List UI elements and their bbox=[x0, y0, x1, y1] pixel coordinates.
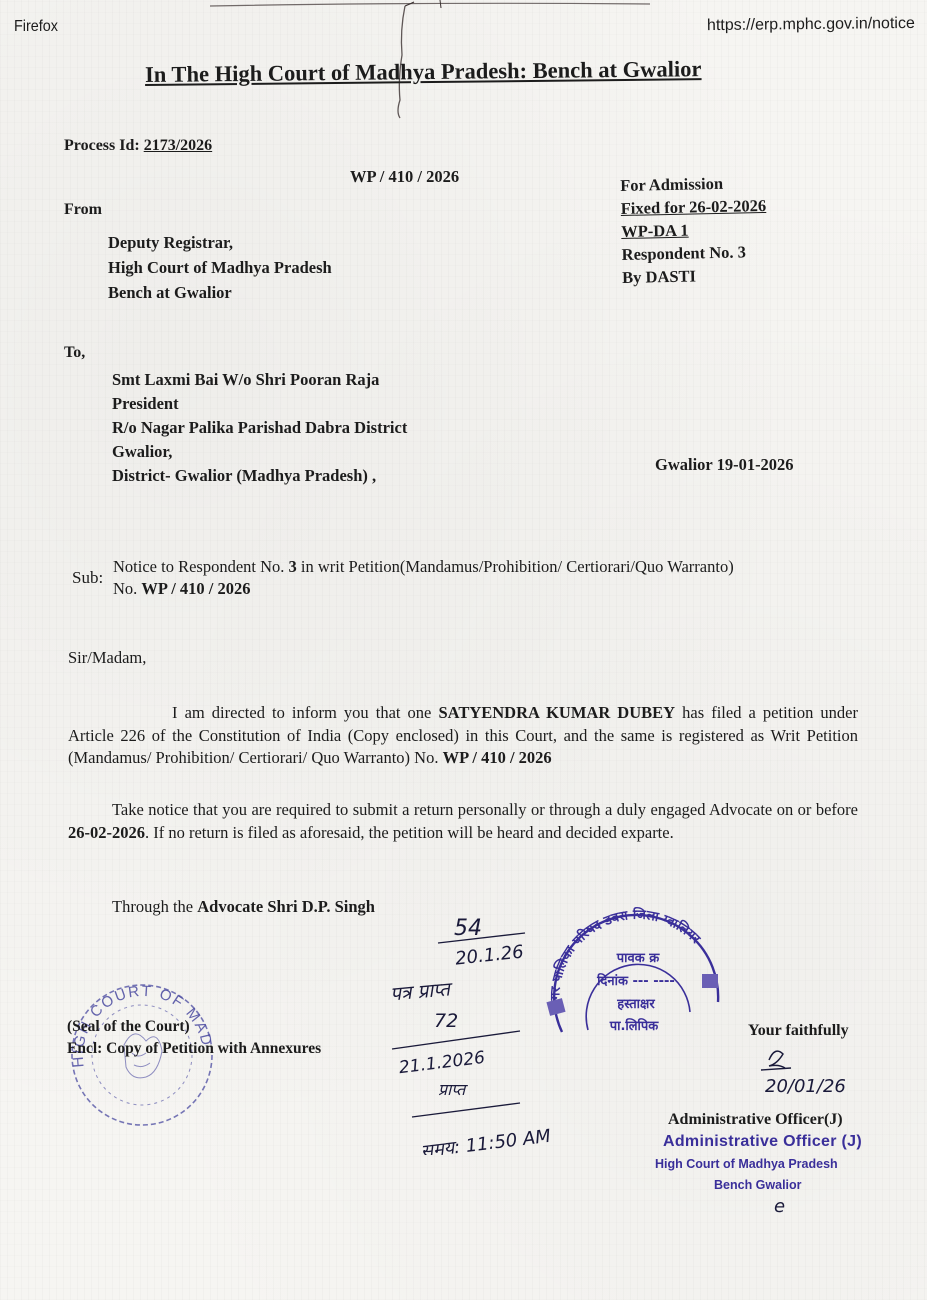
to-label: To, bbox=[64, 344, 85, 362]
recipient-address: Smt Laxmi Bai W/o Shri Pooran Raja Presi… bbox=[112, 368, 407, 488]
process-id-label: Process Id: bbox=[64, 137, 140, 154]
svg-text:21.1.2026: 21.1.2026 bbox=[398, 1048, 486, 1078]
seal-and-enclosure: (Seal of the Court) Encl: Copy of Petiti… bbox=[67, 1016, 321, 1060]
svg-text:प्राप्त: प्राप्त bbox=[438, 1080, 468, 1099]
through-advocate: Through the Advocate Shri D.P. Singh bbox=[112, 897, 375, 917]
subject-text: Notice to Respondent No. 3 in writ Petit… bbox=[113, 556, 734, 600]
listing-purpose: For Admission bbox=[620, 171, 766, 197]
recipient-line: R/o Nagar Palika Parishad Dabra District bbox=[112, 416, 407, 440]
svg-text:पत्र प्राप्त: पत्र प्राप्त bbox=[390, 978, 455, 1005]
listing-mode: By DASTI bbox=[622, 263, 768, 289]
paragraph-notice: Take notice that you are required to sub… bbox=[68, 799, 858, 844]
sender-address: Deputy Registrar, High Court of Madhya P… bbox=[108, 230, 332, 305]
subject-label: Sub: bbox=[72, 568, 103, 588]
svg-text:हस्ताक्षर: हस्ताक्षर bbox=[616, 997, 655, 1012]
recipient-line: District- Gwalior (Madhya Pradesh) , bbox=[112, 464, 407, 488]
process-id: Process Id: 2173/2026 bbox=[64, 137, 212, 155]
listing-section: WP-DA 1 bbox=[621, 217, 767, 243]
paragraph-text: . If no return is filed as aforesaid, th… bbox=[145, 823, 674, 842]
salutation: Sir/Madam, bbox=[68, 648, 146, 668]
receipt-stamp-icon: नगर पालिका परिषद डबरा जिला ग्वालियर पावक… bbox=[540, 892, 730, 1082]
recipient-line: Gwalior, bbox=[112, 440, 407, 464]
subject-text-part: No. bbox=[113, 579, 141, 598]
petitioner-name: SATYENDRA KUMAR DUBEY bbox=[438, 703, 675, 722]
case-number: WP / 410 / 2026 bbox=[350, 167, 459, 187]
seal-label: (Seal of the Court) bbox=[67, 1016, 321, 1038]
svg-text:72: 72 bbox=[434, 1010, 458, 1032]
svg-text:पा.लिपिक: पा.लिपिक bbox=[609, 1018, 660, 1034]
process-id-value: 2173/2026 bbox=[144, 137, 212, 154]
officer-stamp-line: Bench Gwalior bbox=[714, 1178, 802, 1192]
return-deadline: 26-02-2026 bbox=[68, 823, 145, 842]
paragraph-text: I am directed to inform you that one bbox=[172, 703, 438, 722]
svg-text:पावक क्र: पावक क्र bbox=[616, 951, 660, 966]
recipient-line: President bbox=[112, 392, 407, 416]
svg-text:20.1.26: 20.1.26 bbox=[454, 941, 525, 969]
through-text: Through the bbox=[112, 897, 197, 916]
from-label: From bbox=[64, 201, 102, 219]
signatory-title: Administrative Officer(J) bbox=[668, 1111, 843, 1129]
paragraph-text: Take notice that you are required to sub… bbox=[112, 800, 858, 819]
subject-case-number: WP / 410 / 2026 bbox=[141, 579, 250, 598]
signature-icon: 20/01/26 bbox=[755, 1040, 875, 1100]
listing-respondent: Respondent No. 3 bbox=[621, 240, 767, 266]
svg-text:दिनांक --- ----: दिनांक --- ---- bbox=[596, 973, 675, 989]
handwritten-initial: e bbox=[774, 1196, 785, 1217]
listing-fixed-date: Fixed for 26-02-2026 bbox=[620, 194, 766, 220]
closing: Your faithfully bbox=[748, 1022, 849, 1040]
paragraph-intimation: I am directed to inform you that one SAT… bbox=[68, 702, 858, 770]
sender-line: High Court of Madhya Pradesh bbox=[108, 255, 332, 280]
subject-respondent-no: 3 bbox=[289, 557, 297, 576]
subject-text-part: Notice to Respondent No. bbox=[113, 557, 289, 576]
page-url: https://erp.mphc.gov.in/notice bbox=[707, 15, 915, 35]
sender-line: Deputy Registrar, bbox=[108, 230, 332, 255]
officer-stamp-line: High Court of Madhya Pradesh bbox=[655, 1157, 838, 1171]
advocate-name: Advocate Shri D.P. Singh bbox=[197, 897, 375, 916]
svg-text:54: 54 bbox=[454, 916, 482, 941]
browser-app-name: Firefox bbox=[14, 18, 58, 36]
officer-stamp-line: Administrative Officer (J) bbox=[663, 1133, 862, 1151]
svg-text:समय: 11:50 AM: समय: 11:50 AM bbox=[420, 1126, 553, 1155]
place-date: Gwalior 19-01-2026 bbox=[655, 455, 794, 475]
subject-text-part: in writ Petition(Mandamus/Prohibition/ C… bbox=[297, 557, 734, 576]
svg-text:20/01/26: 20/01/26 bbox=[765, 1076, 846, 1097]
paragraph-case-number: WP / 410 / 2026 bbox=[443, 748, 552, 767]
sender-line: Bench at Gwalior bbox=[108, 280, 332, 305]
recipient-line: Smt Laxmi Bai W/o Shri Pooran Raja bbox=[112, 368, 407, 392]
listing-details: For Admission Fixed for 26-02-2026 WP-DA… bbox=[620, 171, 768, 289]
enclosure-note: Encl: Copy of Petition with Annexures bbox=[67, 1038, 321, 1060]
